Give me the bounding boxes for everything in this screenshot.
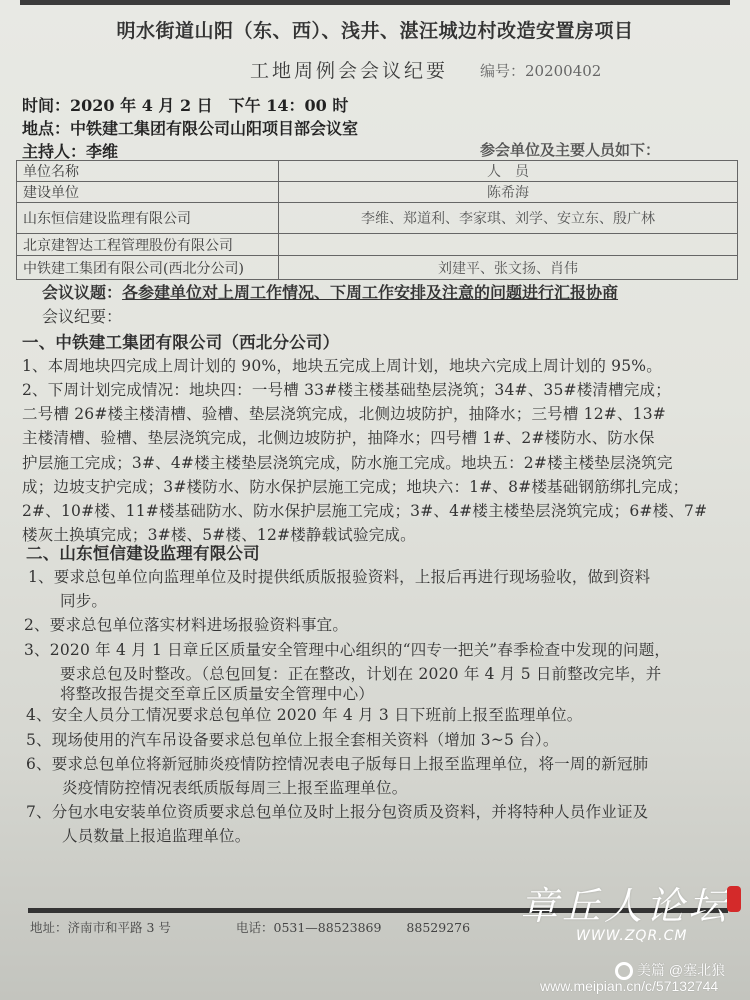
forum-watermark: 章丘人论坛	[520, 875, 730, 930]
top-divider	[20, 0, 730, 5]
minutes-line: 1、本周地块四完成上周计划的 90%，地块五完成上周计划，地块六完成上周计划的 …	[22, 354, 662, 376]
meeting-time: 时间：2020 年 4 月 2 日 下午 14：00 时	[22, 93, 348, 116]
participants-table: 单位名称 人 员 建设单位 陈希海 山东恒信建设监理有限公司 李维、郑道利、李家…	[16, 160, 738, 280]
minutes-line: 要求总包及时整改。（总包回复：正在整改，计划在 2020 年 4 月 5 日前整…	[60, 662, 661, 684]
minutes-line: 同步。	[60, 589, 107, 611]
minutes-line: 1、要求总包单位向监理单位及时提供纸质版报验资料，上报后再进行现场验收，做到资料	[28, 565, 650, 587]
red-seal-icon	[727, 886, 741, 912]
minutes-line: 炎疫情防控情况表纸质版每周三上报至监理单位。	[62, 776, 407, 798]
unit-personnel: 刘建平、张文扬、肖伟	[279, 256, 738, 280]
footer-address: 地址：济南市和平路 3 号	[30, 918, 171, 936]
meeting-topic: 会议议题：各参建单位对上周工作情况、下周工作安排及注意的问题进行汇报协商	[42, 280, 618, 303]
unit-personnel: 李维、郑道利、李家琪、刘学、安立东、殷广林	[279, 203, 738, 234]
footer-phone: 电话：0531—88523869 88529276	[236, 918, 470, 936]
document-title: 工地周例会会议纪要	[250, 56, 448, 83]
participants-heading: 参会单位及主要人员如下：	[480, 139, 660, 160]
minutes-line: 成；边坡支护完成；3#楼防水、防水保护层施工完成；地块六：1#、8#楼基础钢筋绑…	[22, 475, 688, 497]
header-personnel: 人 员	[279, 161, 738, 182]
table-row: 中铁建工集团有限公司(西北分公司) 刘建平、张文扬、肖伟	[17, 256, 738, 280]
host-label: 主持人：	[22, 142, 86, 161]
table-row: 北京建智达工程管理股份有限公司	[17, 234, 738, 256]
header-unit-name: 单位名称	[17, 161, 279, 182]
section-heading: 二、山东恒信建设监理有限公司	[26, 540, 260, 564]
unit-name: 山东恒信建设监理有限公司	[17, 203, 279, 234]
table-header-row: 单位名称 人 员	[17, 161, 738, 182]
minutes-line: 主楼清槽、验槽、垫层浇筑完成，北侧边坡防护，抽降水；四号槽 1#、2#楼防水、防…	[22, 426, 655, 448]
minutes-line: 人员数量上报追监理单位。	[62, 824, 250, 846]
time-value: 2020 年 4 月 2 日 下午 14：00 时	[70, 96, 348, 115]
minutes-line: 7、分包水电安装单位资质要求总包单位及时上报分包资质及资料，并将特种人员作业证及	[26, 800, 648, 822]
minutes-line: 护层施工完成；3#、4#楼主楼垫层浇筑完成，防水施工完成。地块五：2#楼主楼垫层…	[22, 451, 673, 473]
place-value: 中铁建工集团有限公司山阳项目部会议室	[70, 119, 358, 138]
section-heading: 一、中铁建工集团有限公司（西北分公司）	[22, 329, 339, 353]
unit-name: 建设单位	[17, 182, 279, 203]
meipian-author: 美篇 @塞北狼	[637, 962, 725, 978]
minutes-line: 2、要求总包单位落实材料进场报验资料事宜。	[24, 613, 348, 635]
unit-personnel: 陈希海	[279, 182, 738, 203]
place-label: 地点：	[22, 119, 70, 138]
minutes-line: 3、2020 年 4 月 1 日章丘区质量安全管理中心组织的“四专一把关”春季检…	[24, 638, 670, 660]
unit-name: 中铁建工集团有限公司(西北分公司)	[17, 256, 279, 280]
unit-personnel	[279, 234, 738, 256]
minutes-line: 2#、10#楼、11#楼基础防水、防水保护层施工完成；3#、4#楼主楼垫层浇筑完…	[22, 499, 707, 521]
topic-value: 各参建单位对上周工作情况、下周工作安排及注意的问题进行汇报协商	[122, 283, 618, 302]
document-number: 编号：20200402	[480, 60, 601, 81]
minutes-line: 二号槽 26#楼主楼清槽、验槽、垫层浇筑完成，北侧边坡防护，抽降水；三号槽 12…	[22, 402, 666, 424]
time-label: 时间：	[22, 96, 70, 115]
table-row: 山东恒信建设监理有限公司 李维、郑道利、李家琪、刘学、安立东、殷广林	[17, 203, 738, 234]
topic-label: 会议议题：	[42, 283, 122, 302]
minutes-line: 4、安全人员分工情况要求总包单位 2020 年 4 月 3 日下班前上报至监理单…	[26, 703, 583, 725]
minutes-label: 会议纪要：	[42, 304, 122, 327]
forum-site-watermark: WWW.ZQR.CM	[576, 928, 687, 944]
meeting-host: 主持人：李维	[22, 139, 118, 162]
host-value: 李维	[86, 142, 118, 161]
meipian-url-watermark: www.meipian.cn/c/57132744	[540, 978, 718, 994]
minutes-line: 将整改报告提交至章丘区质量安全管理中心）	[60, 682, 374, 704]
minutes-line: 2、下周计划完成情况：地块四：一号槽 33#楼主楼基础垫层浇筑；34#、35#楼…	[22, 378, 671, 400]
scanned-document: 明水街道山阳（东、西）、浅井、湛汪城边村改造安置房项目 工地周例会会议纪要 编号…	[0, 0, 750, 1000]
minutes-line: 5、现场使用的汽车吊设备要求总包单位上报全套相关资料（增加 3~5 台）。	[26, 728, 559, 750]
table-row: 建设单位 陈希海	[17, 182, 738, 203]
meeting-place: 地点：中铁建工集团有限公司山阳项目部会议室	[22, 116, 358, 139]
minutes-line: 6、要求总包单位将新冠肺炎疫情防控情况表电子版每日上报至监理单位，将一周的新冠肺	[26, 752, 648, 774]
unit-name: 北京建智达工程管理股份有限公司	[17, 234, 279, 256]
project-title: 明水街道山阳（东、西）、浅井、湛汪城边村改造安置房项目	[0, 16, 750, 43]
